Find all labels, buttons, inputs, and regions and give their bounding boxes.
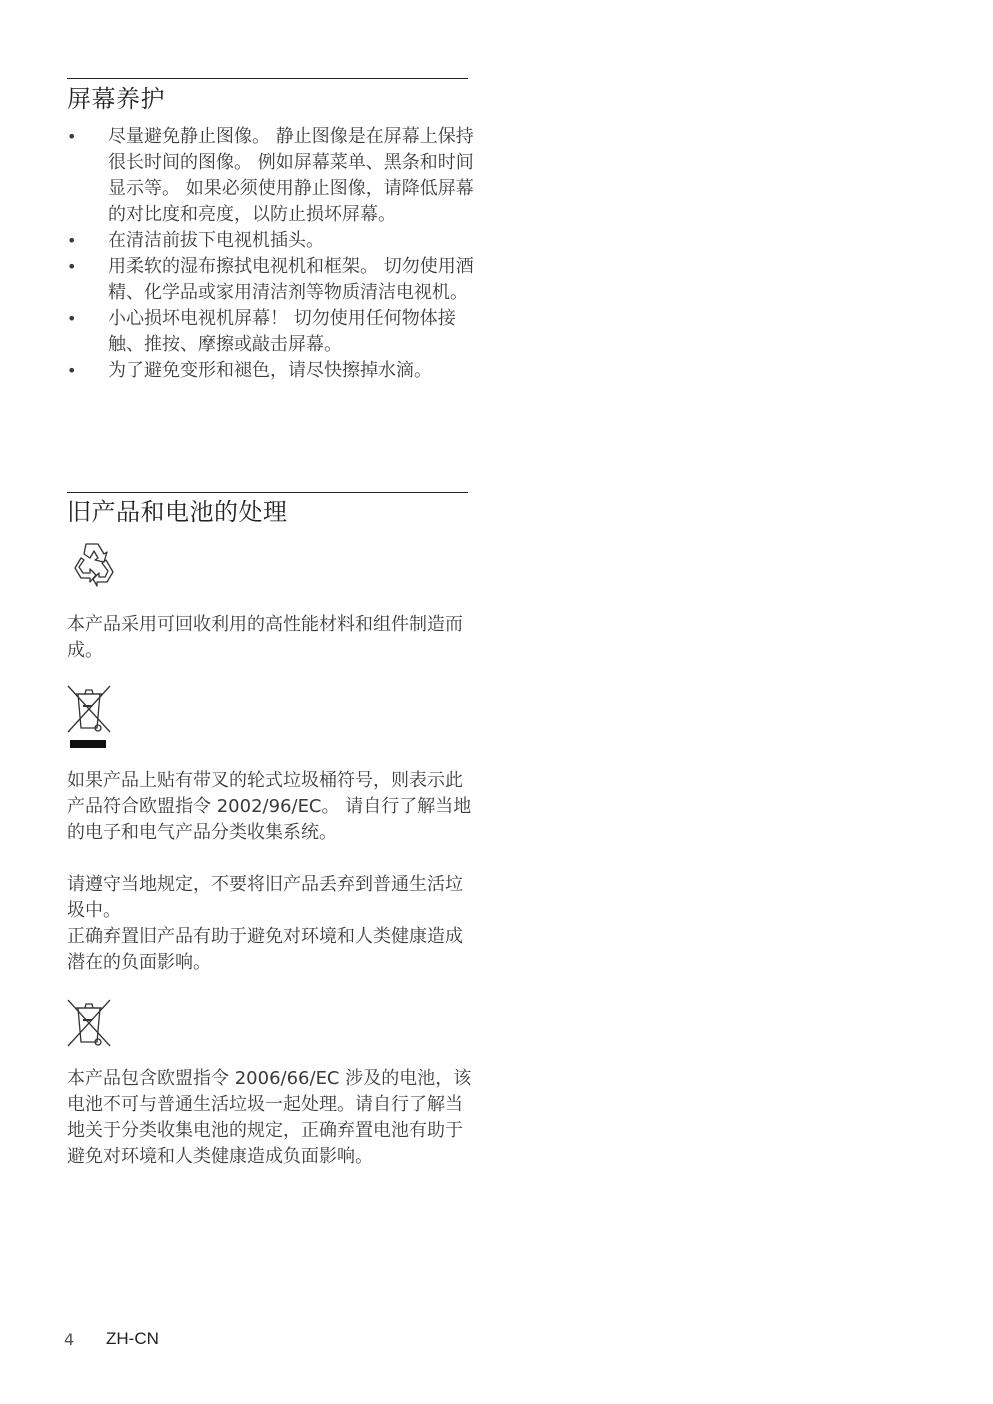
list-item: •尽量避免静止图像。 静止图像是在屏幕上保持很长时间的图像。 例如屏幕菜单、黑条… bbox=[67, 124, 477, 228]
bullet-icon: • bbox=[67, 306, 77, 332]
heading-disposal: 旧产品和电池的处理 bbox=[67, 497, 288, 527]
bullet-icon: • bbox=[67, 254, 77, 280]
page-number: 4 bbox=[64, 1330, 74, 1349]
weee-text-2: 请遵守当地规定，不要将旧产品丢弃到普通生活垃圾中。 bbox=[67, 872, 472, 924]
weee-text-3: 正确弃置旧产品有助于避免对环境和人类健康造成潜在的负面影响。 bbox=[67, 924, 472, 976]
section-rule-screen-care bbox=[67, 78, 468, 79]
battery-text: 本产品包含欧盟指令 2006/66/EC 涉及的电池，该电池不可与普通生活垃圾一… bbox=[67, 1066, 472, 1170]
crossed-bin-icon bbox=[66, 684, 112, 752]
list-item: •用柔软的湿布擦拭电视机和框架。 切勿使用酒精、化学品或家用清洁剂等物质清洁电视… bbox=[67, 254, 477, 306]
weee-text-1: 如果产品上贴有带叉的轮式垃圾桶符号，则表示此产品符合欧盟指令 2002/96/E… bbox=[67, 768, 472, 846]
list-item: •在清洁前拔下电视机插头。 bbox=[67, 228, 477, 254]
bullet-icon: • bbox=[67, 358, 77, 384]
list-item: •小心损坏电视机屏幕！ 切勿使用任何物体接触、推按、摩擦或敲击屏幕。 bbox=[67, 306, 477, 358]
screen-care-list: •尽量避免静止图像。 静止图像是在屏幕上保持很长时间的图像。 例如屏幕菜单、黑条… bbox=[67, 124, 477, 384]
list-item: •为了避免变形和褪色，请尽快擦掉水滴。 bbox=[67, 358, 477, 384]
recycle-icon bbox=[66, 540, 118, 592]
section-rule-disposal bbox=[67, 492, 468, 493]
recycle-text: 本产品采用可回收利用的高性能材料和组件制造而成。 bbox=[67, 612, 472, 664]
bullet-icon: • bbox=[67, 228, 77, 254]
crossed-bin-battery-icon bbox=[66, 998, 112, 1048]
heading-screen-care: 屏幕养护 bbox=[67, 84, 165, 114]
language-code: ZH-CN bbox=[106, 1329, 159, 1349]
bullet-icon: • bbox=[67, 124, 77, 150]
